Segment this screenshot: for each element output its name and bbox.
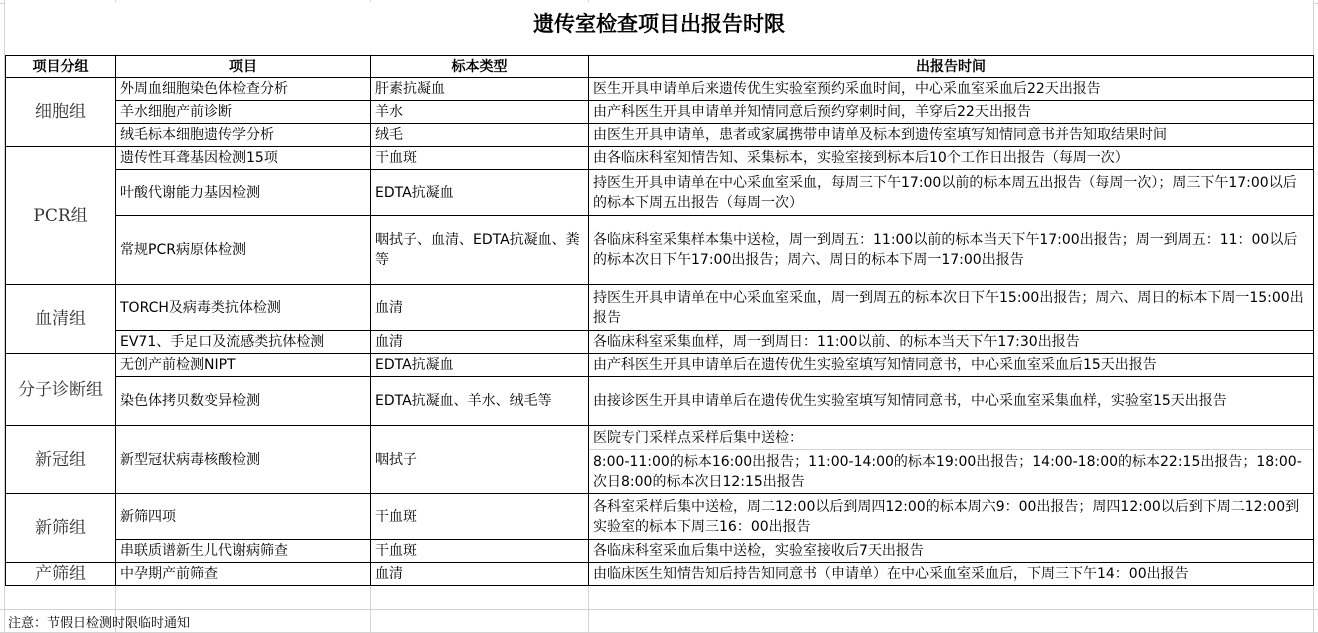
item-cell: 新型冠状病毒核酸检测	[116, 426, 371, 494]
item-cell: 叶酸代谢能力基因检测	[116, 170, 371, 216]
report-time-cell: 医院专门采样点采样后集中送检： 8:00-11:00的标本16:00出报告；11…	[589, 426, 1314, 494]
holiday-note: 注意：节假日检测时限临时通知	[8, 612, 190, 631]
table-row: 血清组 TORCH及病毒类抗体检测 血清 持医生开具申请单在中心采血室采血，周一…	[6, 285, 1314, 331]
table-row: PCR组 遗传性耳聋基因检测15项 干血斑 由各临床科室知情告知、采集标本，实验…	[6, 147, 1314, 170]
spreadsheet: 遗传室检查项目出报告时限 项目分组 项目 标本类型 出报告时间 细胞组 外周血细…	[0, 0, 1318, 633]
table-row: 新冠组 新型冠状病毒核酸检测 咽拭子 医院专门采样点采样后集中送检： 8:00-…	[6, 426, 1314, 494]
report-time-cell: 持医生开具申请单在中心采血室采血，周一到周五的标本次日下午15:00出报告；周六…	[589, 285, 1314, 331]
specimen-cell: 咽拭子、血清、EDTA抗凝血、粪等	[371, 216, 589, 285]
table-row: 常规PCR病原体检测 咽拭子、血清、EDTA抗凝血、粪等 各临床科室采集样本集中…	[6, 216, 1314, 285]
report-time-cell: 各临床科室采集血样，周一到周日：11:00以前、的标本当天下午17:30出报告	[589, 331, 1314, 354]
group-cell: 分子诊断组	[6, 354, 116, 426]
item-cell: 遗传性耳聋基因检测15项	[116, 147, 371, 170]
table-row: EV71、手足口及流感类抗体检测 血清 各临床科室采集血样，周一到周日：11:0…	[6, 331, 1314, 354]
report-time-table: 项目分组 项目 标本类型 出报告时间 细胞组 外周血细胞染色体检查分析 肝素抗凝…	[5, 55, 1314, 586]
report-time-cell: 各临床科室采集样本集中送检，周一到周五：11:00以前的标本当天下午17:00出…	[589, 216, 1314, 285]
report-time-detail: 8:00-11:00的标本16:00出报告；11:00-14:00的标本19:0…	[589, 450, 1313, 492]
report-time-cell: 各临床科室采血后集中送检，实验室接收后7天出报告	[589, 540, 1314, 563]
item-cell: 中孕期产前筛查	[116, 563, 371, 586]
item-cell: 羊水细胞产前诊断	[116, 101, 371, 124]
item-cell: 串联质谱新生儿代谢病筛查	[116, 540, 371, 563]
report-time-cell: 由医生开具申请单，患者或家属携带申请单及标本到遗传室填写知情同意书并告知取结果时…	[589, 124, 1314, 147]
report-time-cell: 由接诊医生开具申请单后在遗传优生实验室填写知情同意书，中心采血室采集血样，实验室…	[589, 377, 1314, 426]
specimen-cell: 羊水	[371, 101, 589, 124]
specimen-cell: 干血斑	[371, 147, 589, 170]
item-cell: 染色体拷贝数变异检测	[116, 377, 371, 426]
report-time-cell: 由临床医生知情告知后持告知同意书（申请单）在中心采血室采血后，下周三下午14：0…	[589, 563, 1314, 586]
specimen-cell: 血清	[371, 563, 589, 586]
header-specimen: 标本类型	[371, 56, 589, 78]
table-row: 分子诊断组 无创产前检测NIPT EDTA抗凝血 由产科医生开具申请单后在遗传优…	[6, 354, 1314, 377]
header-row: 项目分组 项目 标本类型 出报告时间	[6, 56, 1314, 78]
specimen-cell: EDTA抗凝血	[371, 170, 589, 216]
table-row: 串联质谱新生儿代谢病筛查 干血斑 各临床科室采血后集中送检，实验室接收后7天出报…	[6, 540, 1314, 563]
group-cell: 产筛组	[6, 563, 116, 586]
header-group: 项目分组	[6, 56, 116, 78]
item-cell: EV71、手足口及流感类抗体检测	[116, 331, 371, 354]
report-time-cell: 由产科医生开具申请单并知情同意后预约穿刺时间，羊穿后22天出报告	[589, 101, 1314, 124]
specimen-cell: 绒毛	[371, 124, 589, 147]
table-row: 羊水细胞产前诊断 羊水 由产科医生开具申请单并知情同意后预约穿刺时间，羊穿后22…	[6, 101, 1314, 124]
specimen-cell: 血清	[371, 331, 589, 354]
specimen-cell: EDTA抗凝血、羊水、绒毛等	[371, 377, 589, 426]
item-cell: TORCH及病毒类抗体检测	[116, 285, 371, 331]
group-cell: 细胞组	[6, 78, 116, 147]
group-cell: 血清组	[6, 285, 116, 354]
table-row: 叶酸代谢能力基因检测 EDTA抗凝血 持医生开具申请单在中心采血室采血，每周三下…	[6, 170, 1314, 216]
report-time-cell: 医生开具申请单后来遗传优生实验室预约采血时间，中心采血室采血后22天出报告	[589, 78, 1314, 101]
report-time-intro: 医院专门采样点采样后集中送检：	[589, 427, 1313, 450]
report-time-cell: 由产科医生开具申请单后在遗传优生实验室填写知情同意书，中心采血室采血后15天出报…	[589, 354, 1314, 377]
item-cell: 常规PCR病原体检测	[116, 216, 371, 285]
report-time-cell: 持医生开具申请单在中心采血室采血，每周三下午17:00以前的标本周五出报告（每周…	[589, 170, 1314, 216]
table-row: 绒毛标本细胞遗传学分析 绒毛 由医生开具申请单，患者或家属携带申请单及标本到遗传…	[6, 124, 1314, 147]
report-time-cell: 由各临床科室知情告知、采集标本，实验室接到标本后10个工作日出报告（每周一次）	[589, 147, 1314, 170]
table-row: 细胞组 外周血细胞染色体检查分析 肝素抗凝血 医生开具申请单后来遗传优生实验室预…	[6, 78, 1314, 101]
item-cell: 绒毛标本细胞遗传学分析	[116, 124, 371, 147]
table-row: 新筛组 新筛四项 干血斑 各科室采样后集中送检，周二12:00以后到周四12:0…	[6, 494, 1314, 540]
group-cell: 新筛组	[6, 494, 116, 563]
group-cell: PCR组	[6, 147, 116, 285]
header-item: 项目	[116, 56, 371, 78]
gridline	[0, 609, 1318, 610]
header-report-time: 出报告时间	[589, 56, 1314, 78]
page-title: 遗传室检查项目出报告时限	[5, 2, 1313, 54]
report-time-cell: 各科室采样后集中送检，周二12:00以后到周四12:00的标本周六9：00出报告…	[589, 494, 1314, 540]
item-cell: 无创产前检测NIPT	[116, 354, 371, 377]
specimen-cell: 干血斑	[371, 540, 589, 563]
specimen-cell: 肝素抗凝血	[371, 78, 589, 101]
group-cell: 新冠组	[6, 426, 116, 494]
specimen-cell: 血清	[371, 285, 589, 331]
item-cell: 新筛四项	[116, 494, 371, 540]
table-row: 产筛组 中孕期产前筛查 血清 由临床医生知情告知后持告知同意书（申请单）在中心采…	[6, 563, 1314, 586]
item-cell: 外周血细胞染色体检查分析	[116, 78, 371, 101]
table-row: 染色体拷贝数变异检测 EDTA抗凝血、羊水、绒毛等 由接诊医生开具申请单后在遗传…	[6, 377, 1314, 426]
specimen-cell: EDTA抗凝血	[371, 354, 589, 377]
specimen-cell: 咽拭子	[371, 426, 589, 494]
specimen-cell: 干血斑	[371, 494, 589, 540]
